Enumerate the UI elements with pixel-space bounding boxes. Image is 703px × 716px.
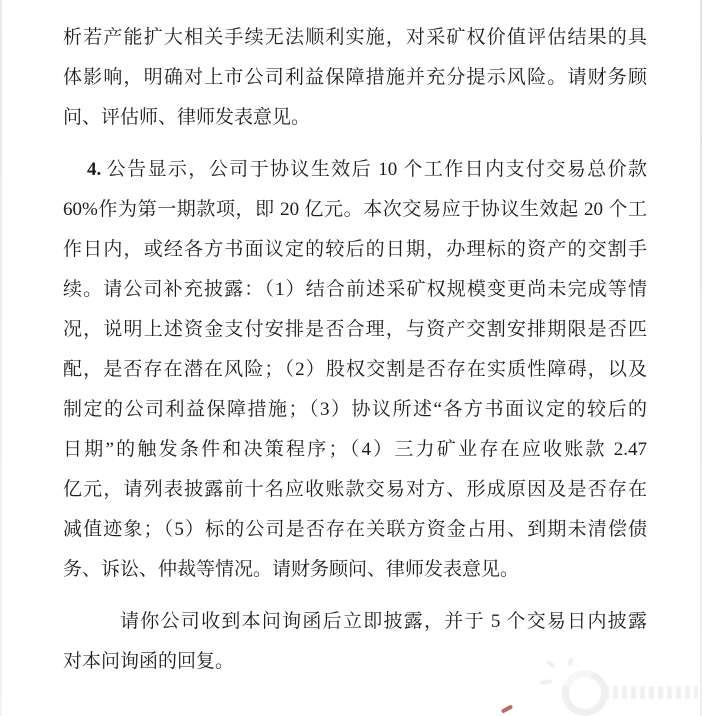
document-body: 析若产能扩大相关手续无法顺利实施，对采矿权价值评估结果的具体影响，明确对上市公司… xyxy=(63,18,647,682)
paragraph: 4.公告显示，公司于协议生效后 10 个工作日内支付交易总价款60%作为第一期款… xyxy=(63,150,647,590)
text-line: 制定的公司利益保障措施；（3）协议所述“各方书面议定的较后的 xyxy=(63,390,647,430)
paragraph: 请你公司收到本问询函后立即披露，并于 5 个交易日内披露对本问询函的回复。 xyxy=(63,602,647,682)
scan-edge-right xyxy=(700,0,702,716)
text-line: 日期”的触发条件和决策程序；（4）三力矿业存在应收账款 2.47 xyxy=(63,430,647,470)
red-ink-mark xyxy=(501,704,513,713)
text-line: 况，说明上述资金支付安排是否合理，与资产交割安排期限是否匹 xyxy=(63,310,647,350)
document-page: 析若产能扩大相关手续无法顺利实施，对采矿权价值评估结果的具体影响，明确对上市公司… xyxy=(0,0,703,716)
text-line: 对本问询函的回复。 xyxy=(63,642,647,682)
text-line: 亿元，请列表披露前十名应收账款交易对方、形成原因及是否存在 xyxy=(63,470,647,510)
text-line: 务、诉讼、仲裁等情况。请财务顾问、律师发表意见。 xyxy=(63,550,647,590)
text-line: 减值迹象；（5）标的公司是否存在关联方资金占用、到期未清偿债 xyxy=(63,510,647,550)
text-line: 请你公司收到本问询函后立即披露，并于 5 个交易日内披露 xyxy=(63,602,647,642)
paragraph: 析若产能扩大相关手续无法顺利实施，对采矿权价值评估结果的具体影响，明确对上市公司… xyxy=(63,18,647,138)
text-line: 体影响，明确对上市公司利益保障措施并充分提示风险。请财务顾 xyxy=(63,58,647,98)
text-line: 续。请公司补充披露：（1）结合前述采矿权规模变更尚未完成等情 xyxy=(63,270,647,310)
text-line: 问、评估师、律师发表意见。 xyxy=(63,98,647,138)
watermark-text-blur xyxy=(604,686,698,699)
list-number: 4. xyxy=(87,159,101,180)
text-line: 配，是否存在潜在风险；（2）股权交割是否存在实质性障碍，以及 xyxy=(63,350,647,390)
text-line: 析若产能扩大相关手续无法顺利实施，对采矿权价值评估结果的具 xyxy=(63,18,647,58)
text-line: 作日内，或经各方书面议定的较后的日期，办理标的资产的交割手 xyxy=(63,230,647,270)
text-line: 60%作为第一期款项，即 20 亿元。本次交易应于协议生效起 20 个工 xyxy=(63,190,647,230)
scan-edge-left xyxy=(0,0,2,716)
text-line: 4.公告显示，公司于协议生效后 10 个工作日内支付交易总价款 xyxy=(63,150,647,190)
